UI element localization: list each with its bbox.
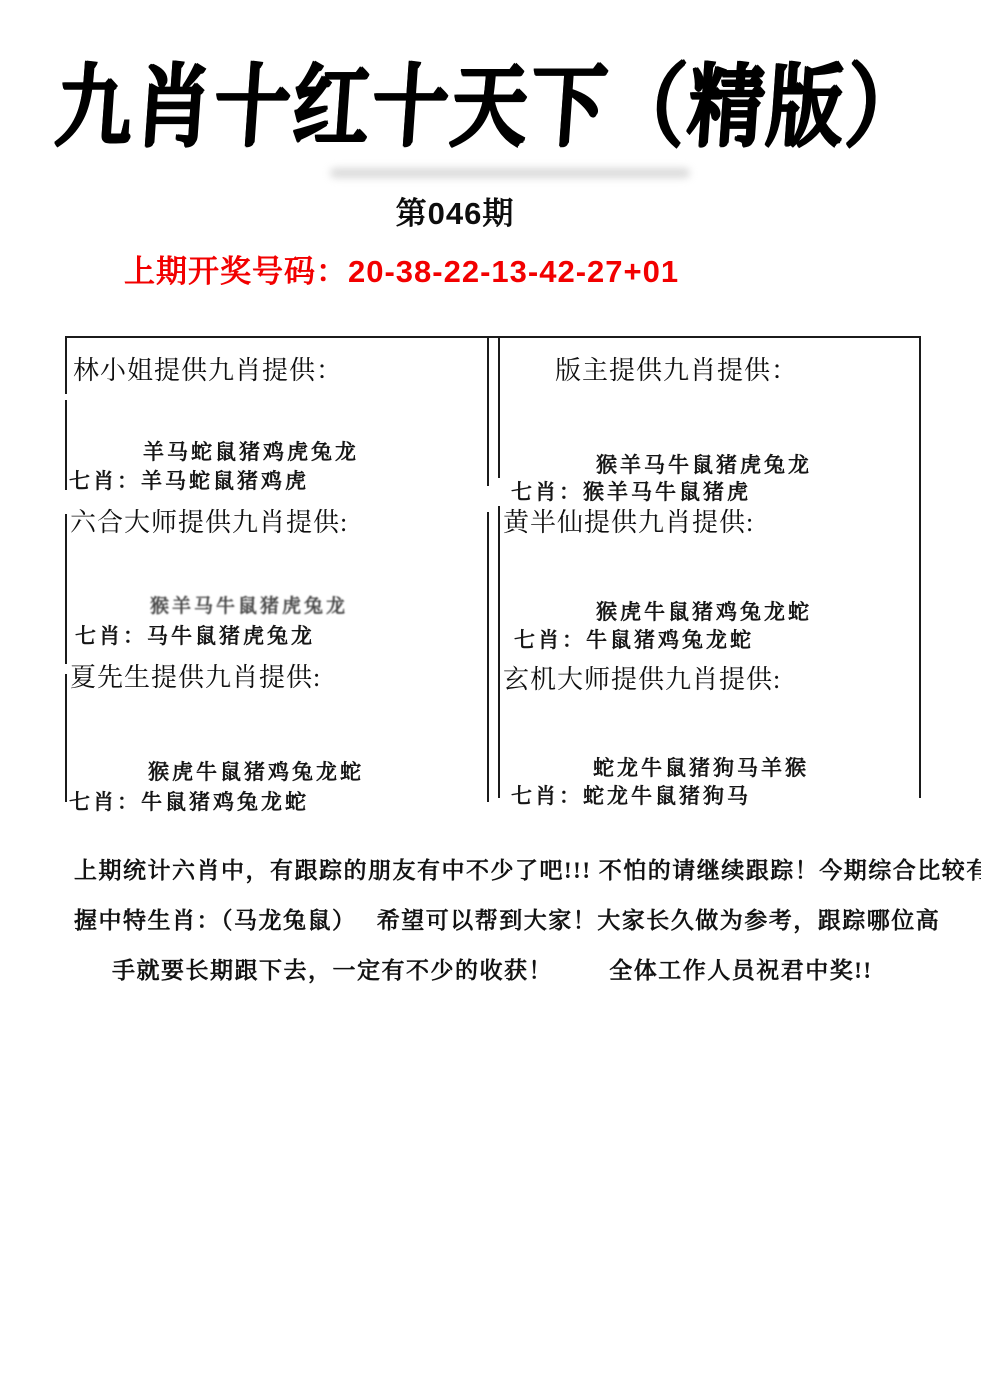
nine-zodiac-line: 猴羊马牛鼠猪虎兔龙: [596, 449, 812, 479]
nine-zodiac-line: 羊马蛇鼠猪鸡虎兔龙: [143, 436, 359, 466]
footer-line-2: 握中特生肖：（马龙兔鼠） 希望可以帮到大家！大家长久做为参考，跟踪哪位高: [74, 902, 940, 935]
board-center-border-b2: [498, 506, 500, 798]
footer-line-3: 手就要长期跟下去，一定有不少的收获！ 全体工作人员祝君中奖!!: [112, 952, 873, 985]
board-top-border: [65, 336, 921, 338]
board-left-border-seg1: [65, 336, 67, 394]
board-right-border: [919, 336, 921, 798]
seven-zodiac-line: 七肖：牛鼠猪鸡兔龙蛇: [514, 624, 754, 654]
board-center-border-a2: [487, 512, 489, 802]
board-left-border-seg3: [65, 514, 67, 664]
board-left-border-seg2: [65, 400, 67, 490]
seven-zodiac-line: 七肖：牛鼠猪鸡兔龙蛇: [69, 786, 309, 816]
board-center-border-a1: [487, 336, 489, 486]
scan-smudge: [330, 168, 690, 178]
board-left-border-seg4: [65, 674, 67, 802]
page-title: 九肖十红十天下（精版）: [0, 34, 981, 163]
nine-zodiac-line: 猴虎牛鼠猪鸡兔龙蛇: [596, 596, 812, 626]
board-center-border-b1: [498, 336, 500, 478]
provider-heading: 版主提供九肖提供：: [555, 350, 798, 387]
predictions-board: 林小姐提供九肖提供： 羊马蛇鼠猪鸡虎兔龙 七肖：羊马蛇鼠猪鸡虎 六合大师提供九肖…: [65, 336, 921, 808]
issue-number: 第046期: [0, 188, 910, 233]
nine-zodiac-line: 猴羊马牛鼠猪虎兔龙: [150, 591, 348, 618]
provider-heading: 六合大师提供九肖提供:: [70, 502, 348, 539]
provider-heading: 玄机大师提供九肖提供:: [503, 659, 781, 696]
nine-zodiac-line: 蛇龙牛鼠猪狗马羊猴: [593, 752, 809, 782]
last-draw-numbers: 上期开奖号码：20-38-22-13-42-27+01: [124, 246, 679, 291]
scanned-lottery-sheet: 九肖十红十天下（精版） 第046期 上期开奖号码：20-38-22-13-42-…: [0, 0, 981, 1388]
nine-zodiac-line: 猴虎牛鼠猪鸡兔龙蛇: [148, 756, 364, 786]
footer-line-1: 上期统计六肖中，有跟踪的朋友有中不少了吧!!! 不怕的请继续跟踪！今期综合比较有…: [74, 852, 981, 885]
provider-heading: 夏先生提供九肖提供:: [70, 657, 321, 694]
provider-heading: 黄半仙提供九肖提供:: [503, 502, 754, 539]
seven-zodiac-line: 七肖：马牛鼠猪虎兔龙: [75, 620, 315, 650]
seven-zodiac-line: 七肖：羊马蛇鼠猪鸡虎: [69, 465, 309, 495]
provider-heading: 林小姐提供九肖提供：: [73, 350, 343, 387]
seven-zodiac-line: 七肖：蛇龙牛鼠猪狗马: [511, 780, 751, 810]
